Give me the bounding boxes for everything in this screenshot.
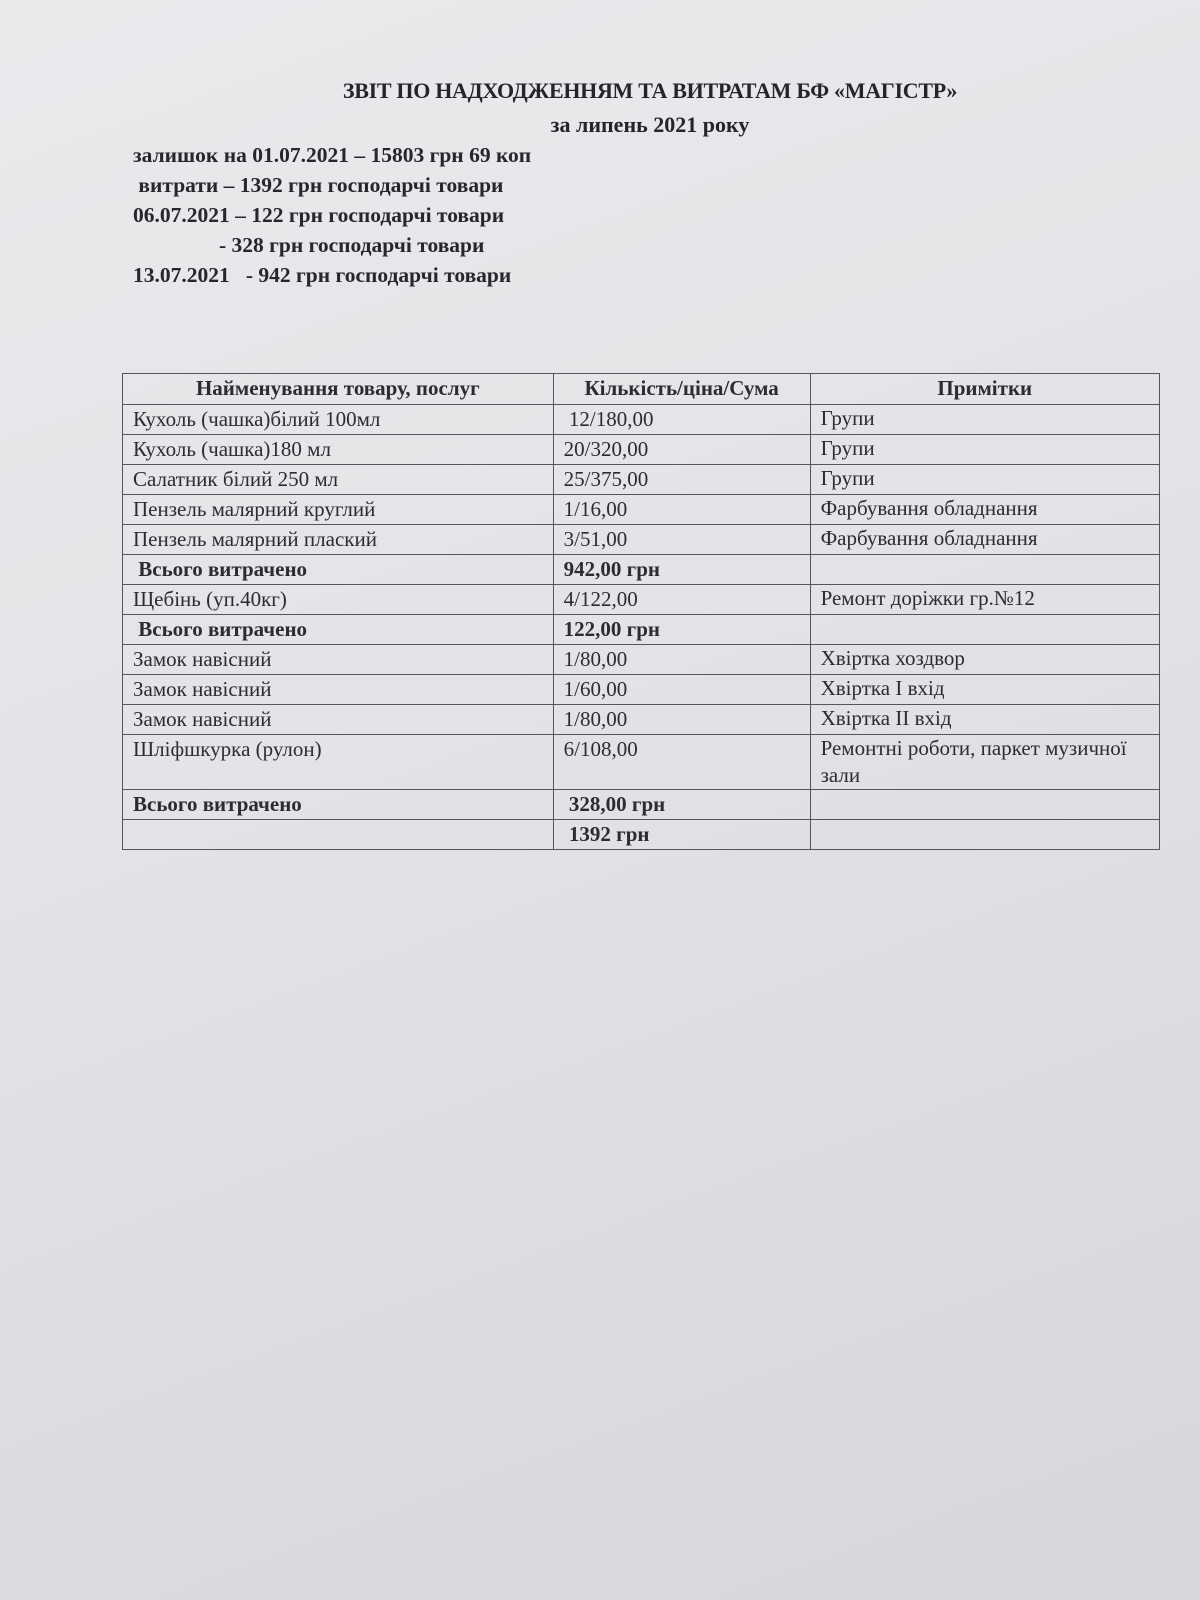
summary-balance: залишок на 01.07.2021 – 15803 грн 69 коп — [133, 143, 531, 168]
table-row: Кухоль (чашка)білий 100мл 12/180,00Групи — [123, 405, 1160, 435]
cell-note — [810, 820, 1159, 850]
table-body: Кухоль (чашка)білий 100мл 12/180,00Групи… — [123, 405, 1160, 850]
cell-qty-price: 6/108,00 — [553, 735, 810, 790]
table-row: Шліфшкурка (рулон)6/108,00Ремонтні робот… — [123, 735, 1160, 790]
cell-note: Хвіртка ІІ вхід — [810, 705, 1159, 735]
table-total-row: Всього витрачено942,00 грн — [123, 555, 1160, 585]
cell-note: Хвіртка І вхід — [810, 675, 1159, 705]
table-row: Салатник білий 250 мл25/375,00Групи — [123, 465, 1160, 495]
cell-item-name: Кухоль (чашка)180 мл — [123, 435, 554, 465]
cell-item-name: Салатник білий 250 мл — [123, 465, 554, 495]
cell-qty-price: 1392 грн — [553, 820, 810, 850]
table-row: Замок навісний1/80,00Хвіртка хоздвор — [123, 645, 1160, 675]
report-title: ЗВІТ ПО НАДХОДЖЕННЯМ ТА ВИТРАТАМ БФ «МАГ… — [0, 78, 1200, 104]
table-row: Пензель малярний плаский3/51,00Фарбуванн… — [123, 525, 1160, 555]
cell-item-name: Кухоль (чашка)білий 100мл — [123, 405, 554, 435]
cell-qty-price: 20/320,00 — [553, 435, 810, 465]
header-item-name: Найменування товару, послуг — [123, 374, 554, 405]
cell-qty-price: 1/80,00 — [553, 645, 810, 675]
cell-note: Ремонтні роботи, паркет музичної зали — [810, 735, 1159, 790]
cell-item-name: Замок навісний — [123, 675, 554, 705]
cell-note — [810, 790, 1159, 820]
cell-note: Групи — [810, 405, 1159, 435]
table-total-row: Всього витрачено122,00 грн — [123, 615, 1160, 645]
cell-item-name: Шліфшкурка (рулон) — [123, 735, 554, 790]
cell-qty-price: 942,00 грн — [553, 555, 810, 585]
table-row: Щебінь (уп.40кг)4/122,00Ремонт доріжки г… — [123, 585, 1160, 615]
cell-note — [810, 615, 1159, 645]
header-notes: Примітки — [810, 374, 1159, 405]
cell-qty-price: 4/122,00 — [553, 585, 810, 615]
cell-note: Фарбування обладнання — [810, 525, 1159, 555]
summary-expense-1307: 13.07.2021 - 942 грн господарчі товари — [133, 263, 511, 288]
cell-note: Групи — [810, 465, 1159, 495]
cell-item-name: Замок навісний — [123, 705, 554, 735]
cell-note: Ремонт доріжки гр.№12 — [810, 585, 1159, 615]
cell-item-name: Пензель малярний плаский — [123, 525, 554, 555]
cell-item-name: Щебінь (уп.40кг) — [123, 585, 554, 615]
header-qty-price: Кількість/ціна/Сума — [553, 374, 810, 405]
table-row: Кухоль (чашка)180 мл20/320,00Групи — [123, 435, 1160, 465]
cell-qty-price: 25/375,00 — [553, 465, 810, 495]
summary-expenses: витрати – 1392 грн господарчі товари — [133, 173, 503, 198]
summary-expense-0607-a: 06.07.2021 – 122 грн господарчі товари — [133, 203, 504, 228]
table-row: Замок навісний1/80,00Хвіртка ІІ вхід — [123, 705, 1160, 735]
cell-item-name: Замок навісний — [123, 645, 554, 675]
table-header-row: Найменування товару, послуг Кількість/ці… — [123, 374, 1160, 405]
report-period: за липень 2021 року — [0, 112, 1200, 138]
cell-qty-price: 1/60,00 — [553, 675, 810, 705]
cell-item-name: Пензель малярний круглий — [123, 495, 554, 525]
cell-qty-price: 328,00 грн — [553, 790, 810, 820]
expenses-table: Найменування товару, послуг Кількість/ці… — [122, 373, 1160, 850]
cell-qty-price: 1/16,00 — [553, 495, 810, 525]
cell-qty-price: 12/180,00 — [553, 405, 810, 435]
cell-item-name: Всього витрачено — [123, 790, 554, 820]
cell-item-name: Всього витрачено — [123, 615, 554, 645]
cell-note: Хвіртка хоздвор — [810, 645, 1159, 675]
document-page: ЗВІТ ПО НАДХОДЖЕННЯМ ТА ВИТРАТАМ БФ «МАГ… — [0, 0, 1200, 1600]
table-row: Пензель малярний круглий1/16,00Фарбуванн… — [123, 495, 1160, 525]
summary-expense-0607-b: - 328 грн господарчі товари — [133, 233, 484, 258]
cell-note: Групи — [810, 435, 1159, 465]
cell-item-name — [123, 820, 554, 850]
cell-note — [810, 555, 1159, 585]
cell-qty-price: 3/51,00 — [553, 525, 810, 555]
table-total-row: 1392 грн — [123, 820, 1160, 850]
cell-qty-price: 1/80,00 — [553, 705, 810, 735]
cell-note: Фарбування обладнання — [810, 495, 1159, 525]
table-total-row: Всього витрачено 328,00 грн — [123, 790, 1160, 820]
cell-qty-price: 122,00 грн — [553, 615, 810, 645]
table-row: Замок навісний1/60,00Хвіртка І вхід — [123, 675, 1160, 705]
cell-item-name: Всього витрачено — [123, 555, 554, 585]
